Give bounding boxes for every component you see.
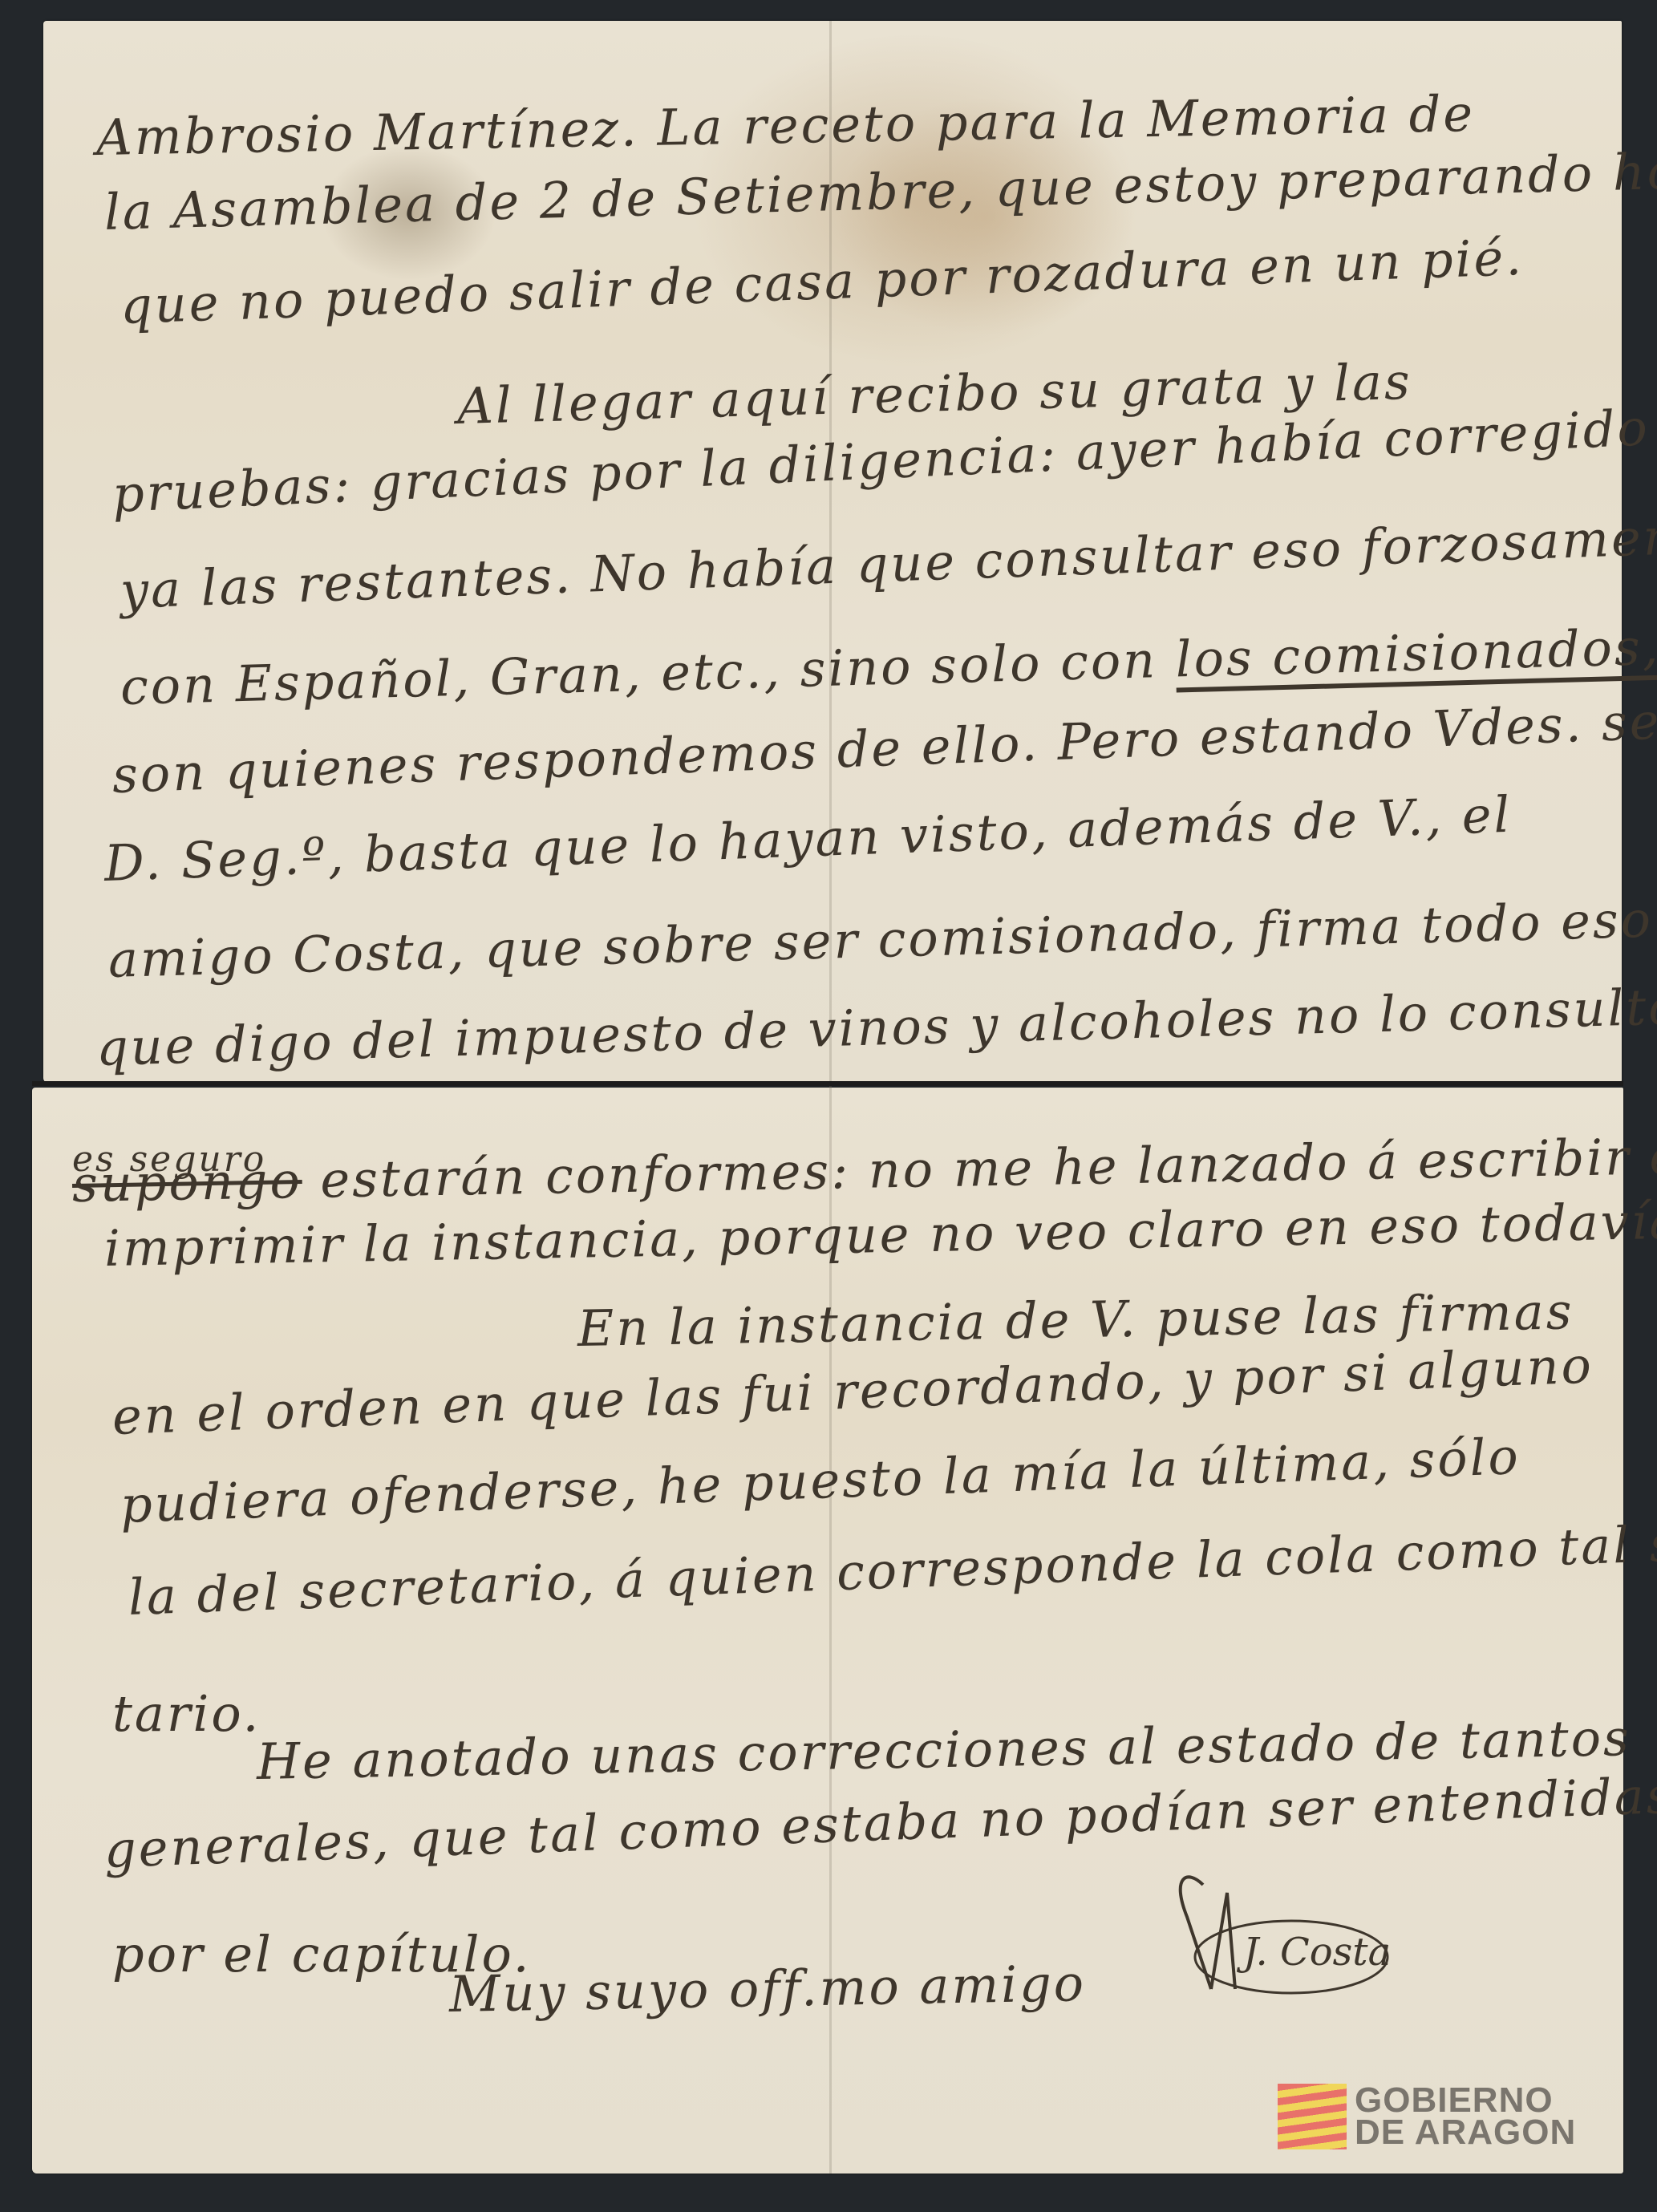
closing-line: Muy suyo off.mo amigo — [448, 1954, 1086, 2024]
aragon-flag-icon — [1278, 2084, 1347, 2149]
gobierno-de-aragon-logo: GOBIERNO DE ARAGON — [1278, 2084, 1576, 2149]
logo-line1: GOBIERNO — [1355, 2084, 1576, 2117]
letter-line: tario. — [112, 1684, 261, 1743]
signature-costa: J. Costa — [1155, 1869, 1412, 2021]
signature-text: J. Costa — [1236, 1930, 1391, 1975]
logo-text: GOBIERNO DE ARAGON — [1355, 2084, 1576, 2149]
horizontal-fold-line — [32, 1081, 1623, 1086]
logo-line2: DE ARAGON — [1355, 2117, 1576, 2149]
struck-word: supongo — [71, 1151, 302, 1213]
